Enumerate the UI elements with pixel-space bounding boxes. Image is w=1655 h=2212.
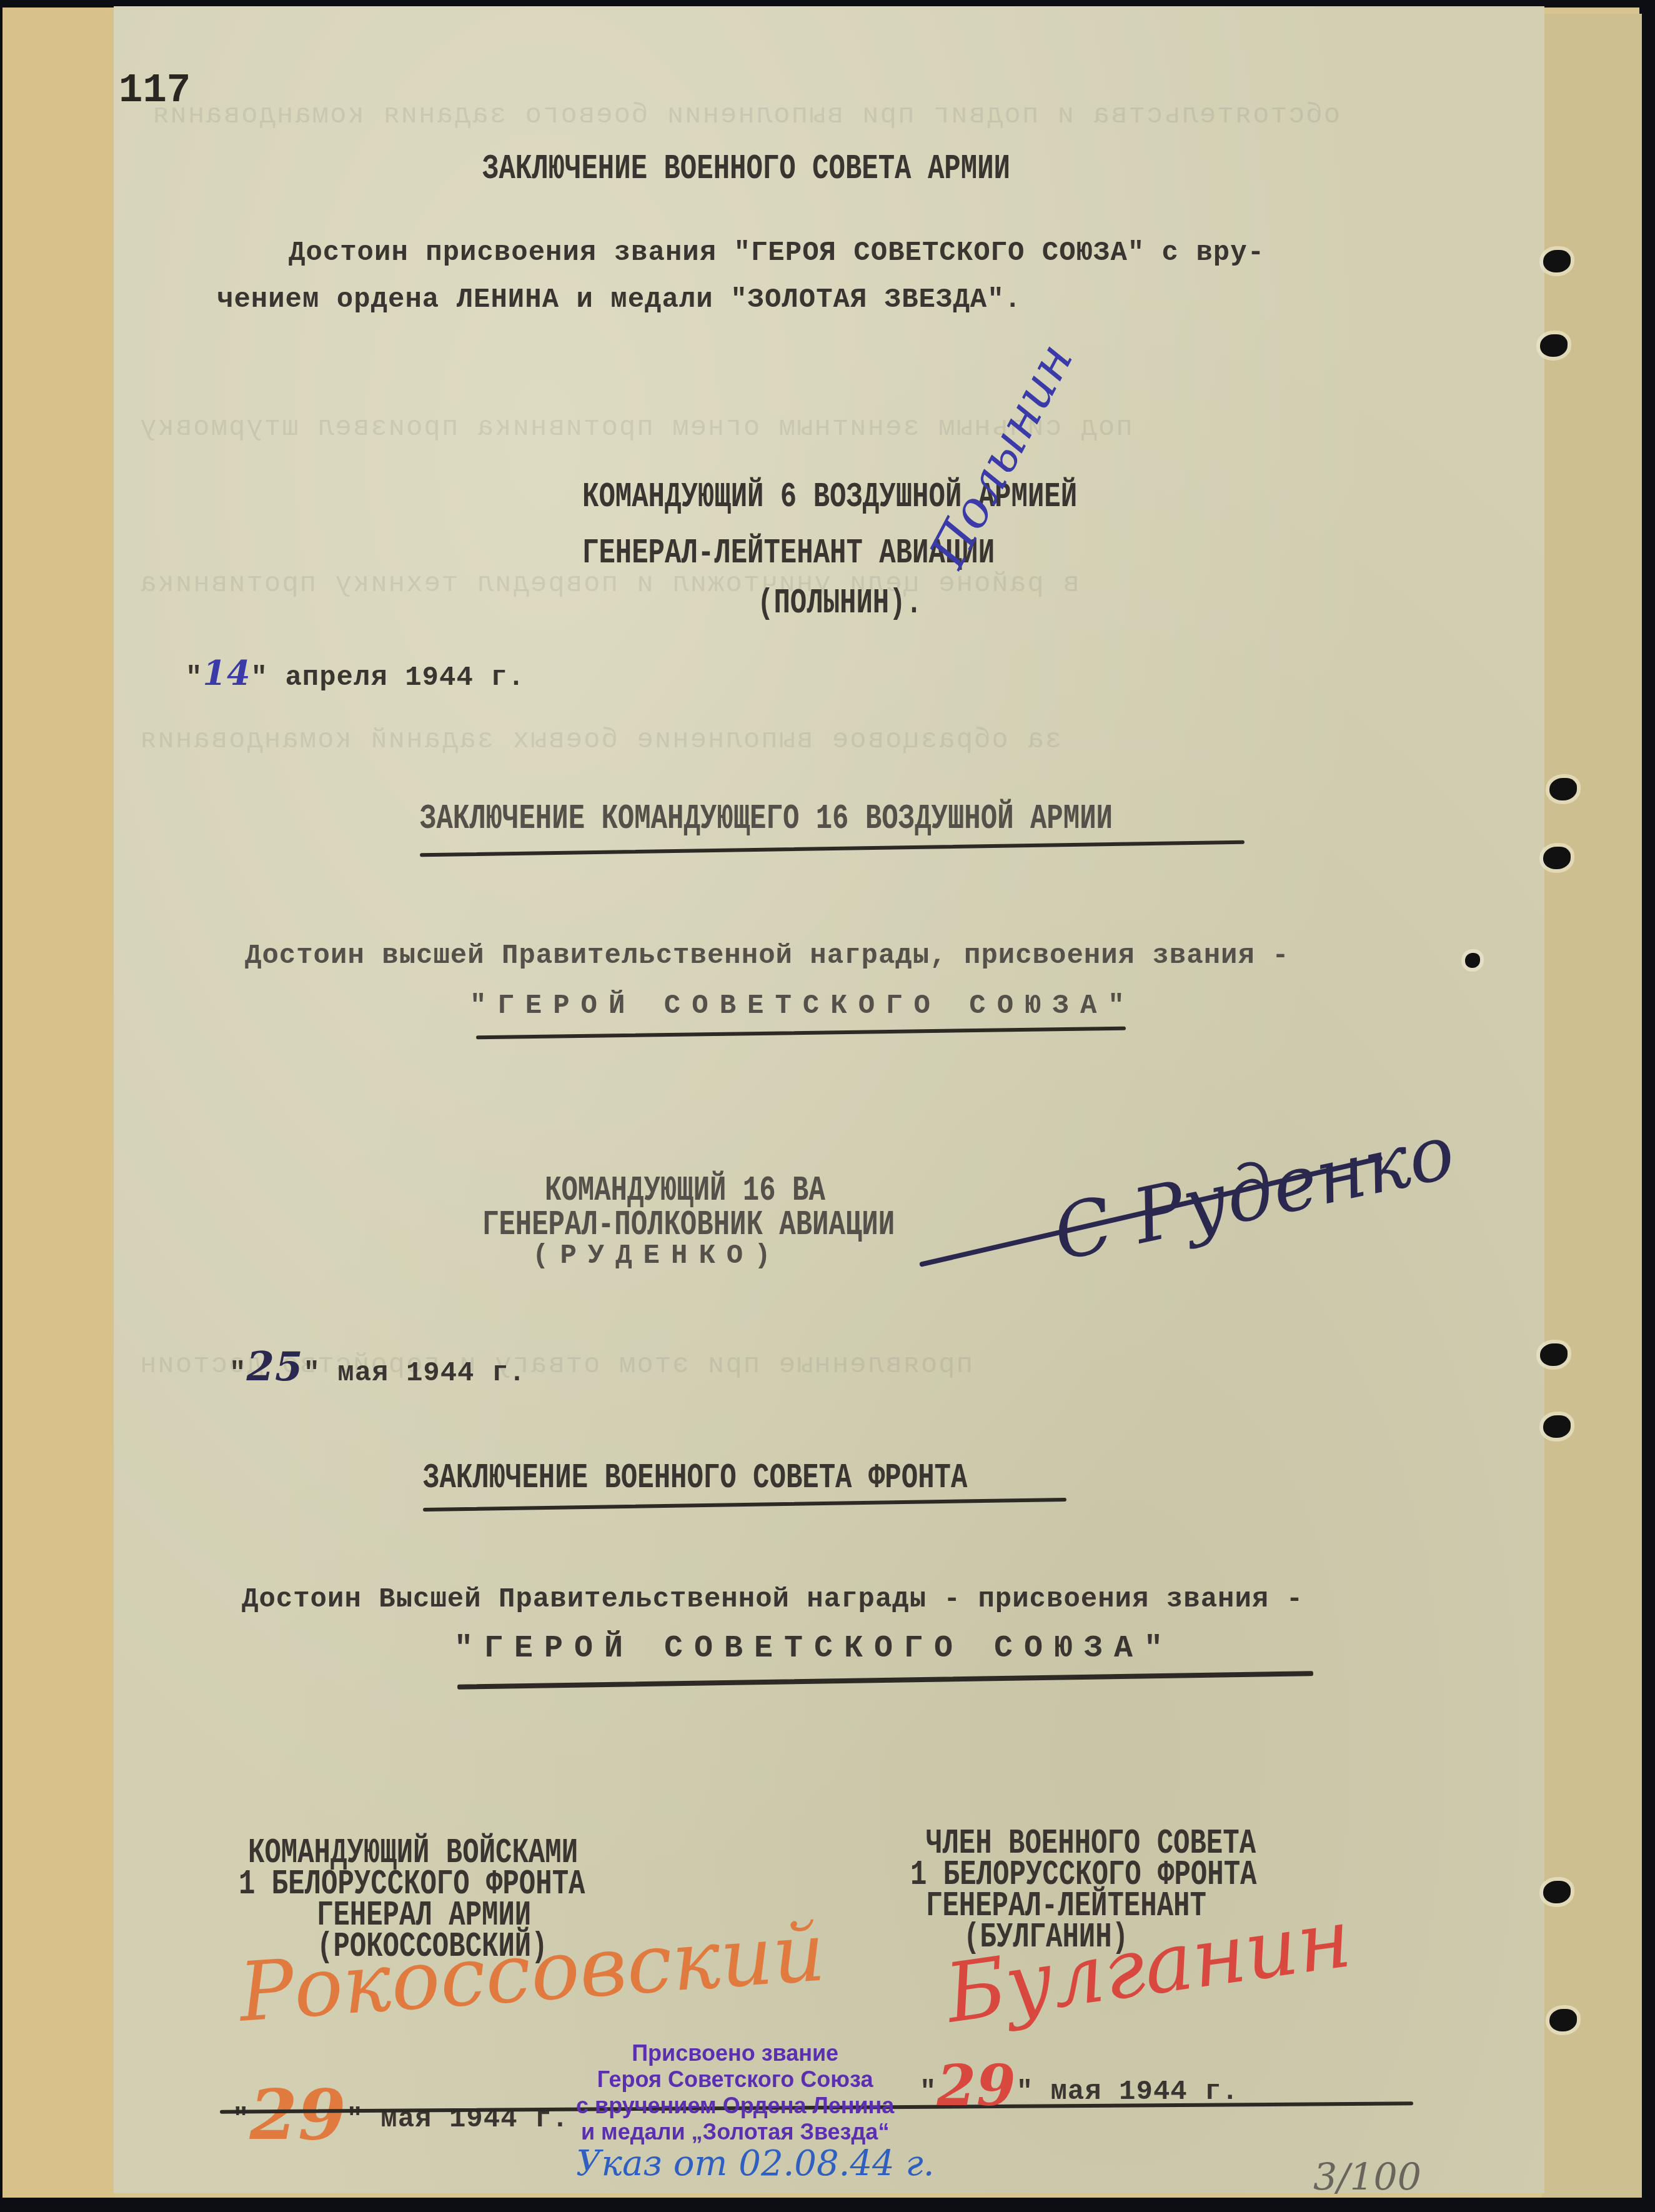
air-army-signer-title: КОМАНДУЮЩИЙ 16 ВА xyxy=(545,1172,825,1211)
decree-note: Указ от 02.08.44 г. xyxy=(576,2143,935,2184)
air-army-text-line2: "ГЕРОЙ СОВЕТСКОГО СОЮЗА" xyxy=(470,990,1136,1022)
air-army-text-underline xyxy=(476,1027,1126,1040)
rokossovsky-date-day: 29 xyxy=(249,2075,346,2155)
bleed-through-text: за образцовое выполнение боевых заданий … xyxy=(139,725,1061,756)
army-council-text-line2: чением ордена ЛЕНИНА и медали "ЗОЛОТАЯ З… xyxy=(217,284,1021,316)
front-council-text-line2: "ГЕРОЙ СОВЕТСКОГО СОЮЗА" xyxy=(454,1631,1174,1666)
award-stamp: Присвоено звание Героя Советского Союза … xyxy=(576,2040,894,2145)
binding-hole xyxy=(1543,1415,1571,1438)
front-council-text-underline xyxy=(457,1671,1313,1690)
binding-hole xyxy=(1543,250,1571,272)
army-council-heading: ЗАКЛЮЧЕНИЕ ВОЕННОГО СОВЕТА АРМИИ xyxy=(482,150,1010,189)
binding-hole xyxy=(1549,778,1577,800)
army-date-day: 14 xyxy=(202,653,251,693)
binding-hole xyxy=(1465,953,1480,968)
binding-hole xyxy=(1549,2009,1577,2031)
army-signer-name: (ПОЛЫНИН). xyxy=(757,584,922,624)
bleed-through-text: в районе цели уничтожил и повредил техни… xyxy=(139,569,1079,600)
bulganin-date: "29" мая 1944 г. xyxy=(920,2046,1239,2113)
archive-note: 3/100 xyxy=(1313,2156,1421,2200)
stamp-line4: и медали „Золотая Звезда“ xyxy=(576,2119,894,2145)
air-army-text-line1: Достоин высшей Правительственной награды… xyxy=(245,940,1290,972)
army-date-rest: апреля 1944 г. xyxy=(285,662,525,694)
air-army-signer-name: (РУДЕНКО) xyxy=(532,1240,782,1272)
backing-sheet-left-strip xyxy=(2,7,115,2198)
bleed-through-text: обстоятельства и подвиг при выполнении б… xyxy=(151,100,1340,131)
bulganin-date-day: 29 xyxy=(937,2053,1016,2119)
army-date: "14" апреля 1944 г. xyxy=(186,653,525,694)
air-army-date-rest: мая 1944 г. xyxy=(337,1358,525,1389)
rudenko-signature: С Руденко xyxy=(1046,1108,1462,1278)
front-council-heading: ЗАКЛЮЧЕНИЕ ВОЕННОГО СОВЕТА ФРОНТА xyxy=(423,1459,967,1498)
front-council-heading-underline xyxy=(423,1498,1066,1512)
binding-hole xyxy=(1543,1881,1571,1903)
polynin-signature: Полынин xyxy=(918,334,1085,577)
air-army-date: "25" мая 1944 г. xyxy=(229,1343,526,1390)
rokossovsky-date: "29" мая 1944 г. xyxy=(232,2062,569,2143)
binding-hole xyxy=(1543,847,1571,869)
front-council-text-line1: Достоин Высшей Правительственной награды… xyxy=(242,1584,1303,1615)
bulganin-date-rest: мая 1944 г. xyxy=(1050,2076,1238,2108)
air-army-date-day: 25 xyxy=(246,1343,303,1390)
air-army-heading-underline xyxy=(420,840,1245,857)
stamp-line3: с вручением Ордена Ленина xyxy=(576,2093,894,2119)
document-page: обстоятельства и подвиг при выполнении б… xyxy=(114,6,1544,2193)
binding-hole xyxy=(1540,334,1568,357)
air-army-heading: ЗАКЛЮЧЕНИЕ КОМАНДУЮЩЕГО 16 ВОЗДУШНОЙ АРМ… xyxy=(420,800,1113,839)
binding-hole xyxy=(1540,1343,1568,1366)
stamp-line2: Героя Советского Союза xyxy=(576,2066,894,2093)
air-army-signer-rank: ГЕНЕРАЛ-ПОЛКОВНИК АВИАЦИИ xyxy=(482,1206,895,1245)
stamp-line1: Присвоено звание xyxy=(576,2040,894,2066)
page-number: 117 xyxy=(119,69,191,114)
army-council-text-line1: Достоин присвоения звания "ГЕРОЯ СОВЕТСК… xyxy=(289,237,1265,269)
